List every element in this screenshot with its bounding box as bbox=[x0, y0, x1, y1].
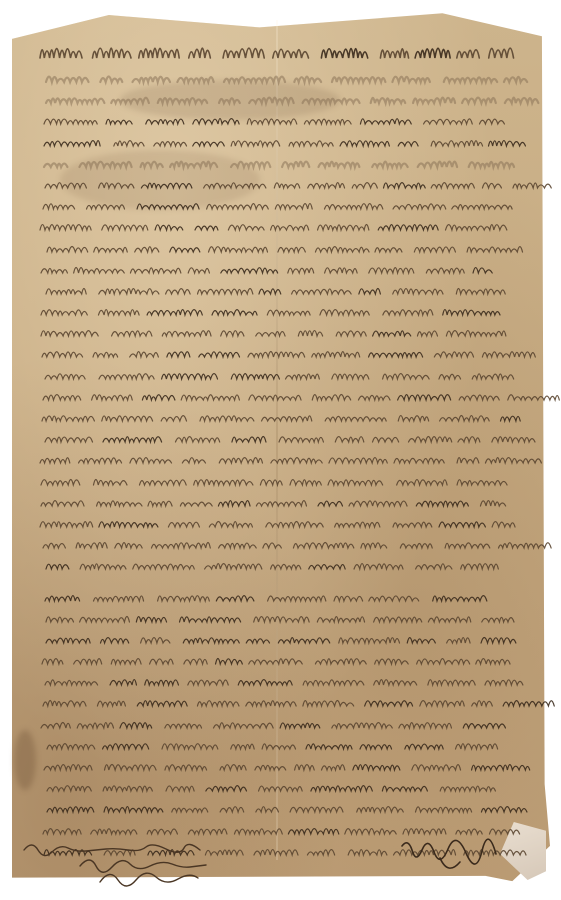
content-note: Historical document recording a sale of … bbox=[0, 0, 1, 1]
handwritten-line bbox=[40, 365, 540, 386]
handwritten-line bbox=[40, 735, 540, 756]
handwritten-line bbox=[40, 386, 540, 407]
handwritten-line bbox=[40, 756, 540, 777]
handwritten-line bbox=[40, 798, 540, 819]
handwritten-line bbox=[40, 471, 540, 492]
witness-signature bbox=[24, 844, 206, 886]
handwritten-line bbox=[40, 534, 540, 555]
handwritten-line bbox=[40, 428, 540, 449]
handwritten-line bbox=[40, 195, 540, 216]
handwritten-line bbox=[40, 777, 540, 798]
handwritten-line bbox=[40, 492, 540, 513]
document-label: Handwritten 18th-century covenant, ink o… bbox=[0, 0, 1, 1]
handwritten-line bbox=[40, 216, 540, 237]
handwritten-line bbox=[40, 322, 540, 343]
handwritten-line bbox=[40, 174, 540, 195]
handwritten-line bbox=[40, 650, 540, 671]
handwritten-line bbox=[40, 449, 540, 470]
handwritten-line bbox=[40, 301, 540, 322]
party-signature bbox=[402, 839, 496, 868]
handwritten-line bbox=[40, 259, 540, 280]
handwritten-text-block bbox=[40, 38, 540, 862]
handwritten-line bbox=[40, 587, 540, 608]
heading-line bbox=[40, 38, 540, 68]
handwritten-line bbox=[40, 513, 540, 534]
handwritten-line bbox=[40, 555, 540, 576]
signature-block bbox=[20, 838, 540, 890]
handwritten-line bbox=[40, 238, 540, 259]
document-photo: Handwritten 18th-century covenant, ink o… bbox=[0, 0, 561, 900]
handwritten-line bbox=[40, 671, 540, 692]
handwritten-line bbox=[40, 692, 540, 713]
handwritten-line bbox=[40, 132, 540, 153]
handwritten-line bbox=[40, 608, 540, 629]
handwritten-line bbox=[40, 153, 540, 174]
handwritten-line bbox=[40, 343, 540, 364]
handwritten-line bbox=[40, 407, 540, 428]
ink-stain bbox=[14, 730, 36, 790]
handwritten-line bbox=[40, 68, 540, 89]
handwritten-line bbox=[40, 110, 540, 131]
handwritten-line bbox=[40, 629, 540, 650]
handwritten-line bbox=[40, 89, 540, 110]
handwritten-line bbox=[40, 714, 540, 735]
handwritten-line bbox=[40, 280, 540, 301]
